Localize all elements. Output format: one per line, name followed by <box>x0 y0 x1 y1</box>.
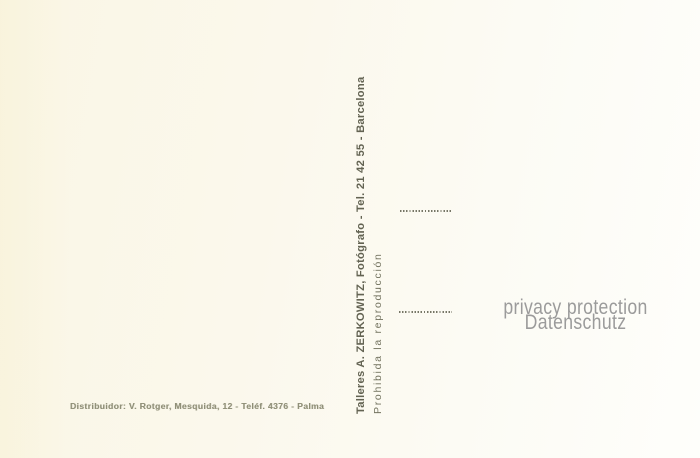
stamp-area-dotted-line-bottom <box>399 311 452 313</box>
publisher-imprint-text: Talleres A. ZERKOWITZ, Fotógrafo - Tel. … <box>355 36 367 414</box>
photographer-imprint: Talleres A. ZERKOWITZ, Fotógrafo - Tel. … <box>355 36 395 414</box>
copyright-imprint-text: Prohibida la reproducción <box>372 36 384 414</box>
postcard-back: Talleres A. ZERKOWITZ, Fotógrafo - Tel. … <box>0 0 700 458</box>
distributor-imprint-text: Distribuidor: V. Rotger, Mesquida, 12 - … <box>70 401 324 411</box>
privacy-watermark: privacy protection Datenschutz <box>498 301 653 330</box>
stamp-area-dotted-line-top <box>400 210 451 212</box>
